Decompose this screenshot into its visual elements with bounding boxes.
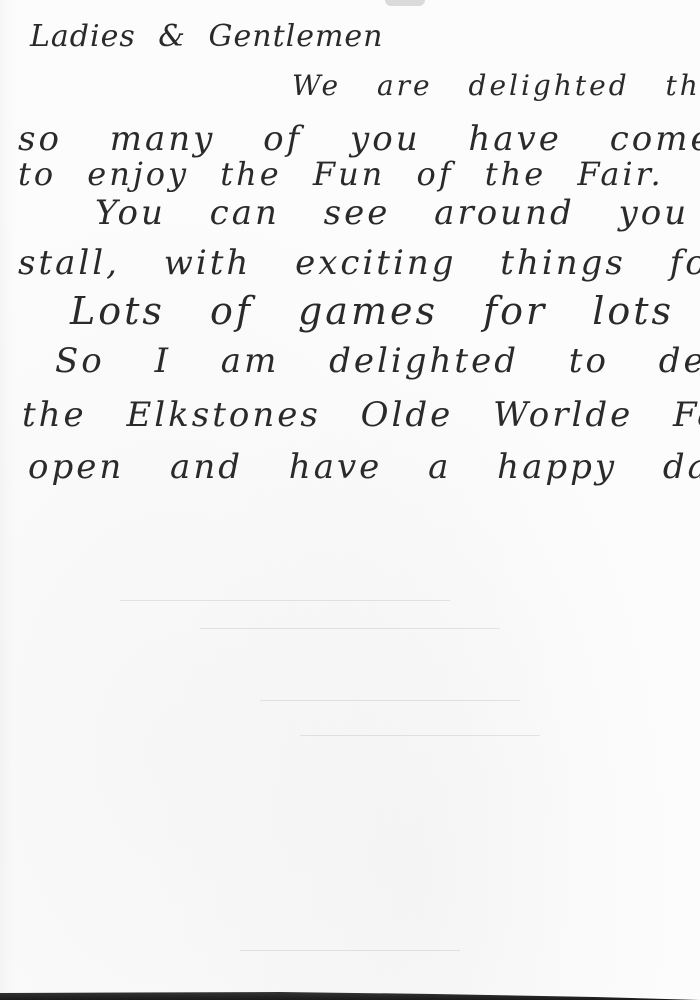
page-bottom-edge-shadow — [0, 990, 700, 1000]
reverse-side-show-through — [120, 600, 450, 601]
closing-line: open and have a happy day. — [28, 450, 700, 484]
handwritten-page: Ladies & Gentlemen We are delighted that… — [0, 0, 700, 1000]
salutation-line: Ladies & Gentlemen — [30, 22, 384, 52]
speech-line: the Elkstones Olde Worlde Fayre — [22, 398, 700, 432]
speech-line: so many of you have come along — [18, 122, 700, 156]
reverse-side-show-through — [240, 950, 460, 951]
reverse-side-show-through — [300, 735, 540, 736]
reverse-side-show-through — [260, 700, 520, 701]
speech-line: We are delighted that — [292, 72, 700, 100]
speech-line: You can see around you lots of — [95, 196, 700, 230]
speech-line: to enjoy the Fun of the Fair. — [18, 158, 664, 190]
reverse-side-show-through — [200, 628, 500, 629]
speech-line: Lots of games for lots of fun. — [70, 292, 700, 330]
paper-smudge — [385, 0, 425, 6]
speech-line: So I am delighted to declare — [55, 344, 700, 378]
speech-line: stall, with exciting things for sale. — [18, 246, 700, 280]
